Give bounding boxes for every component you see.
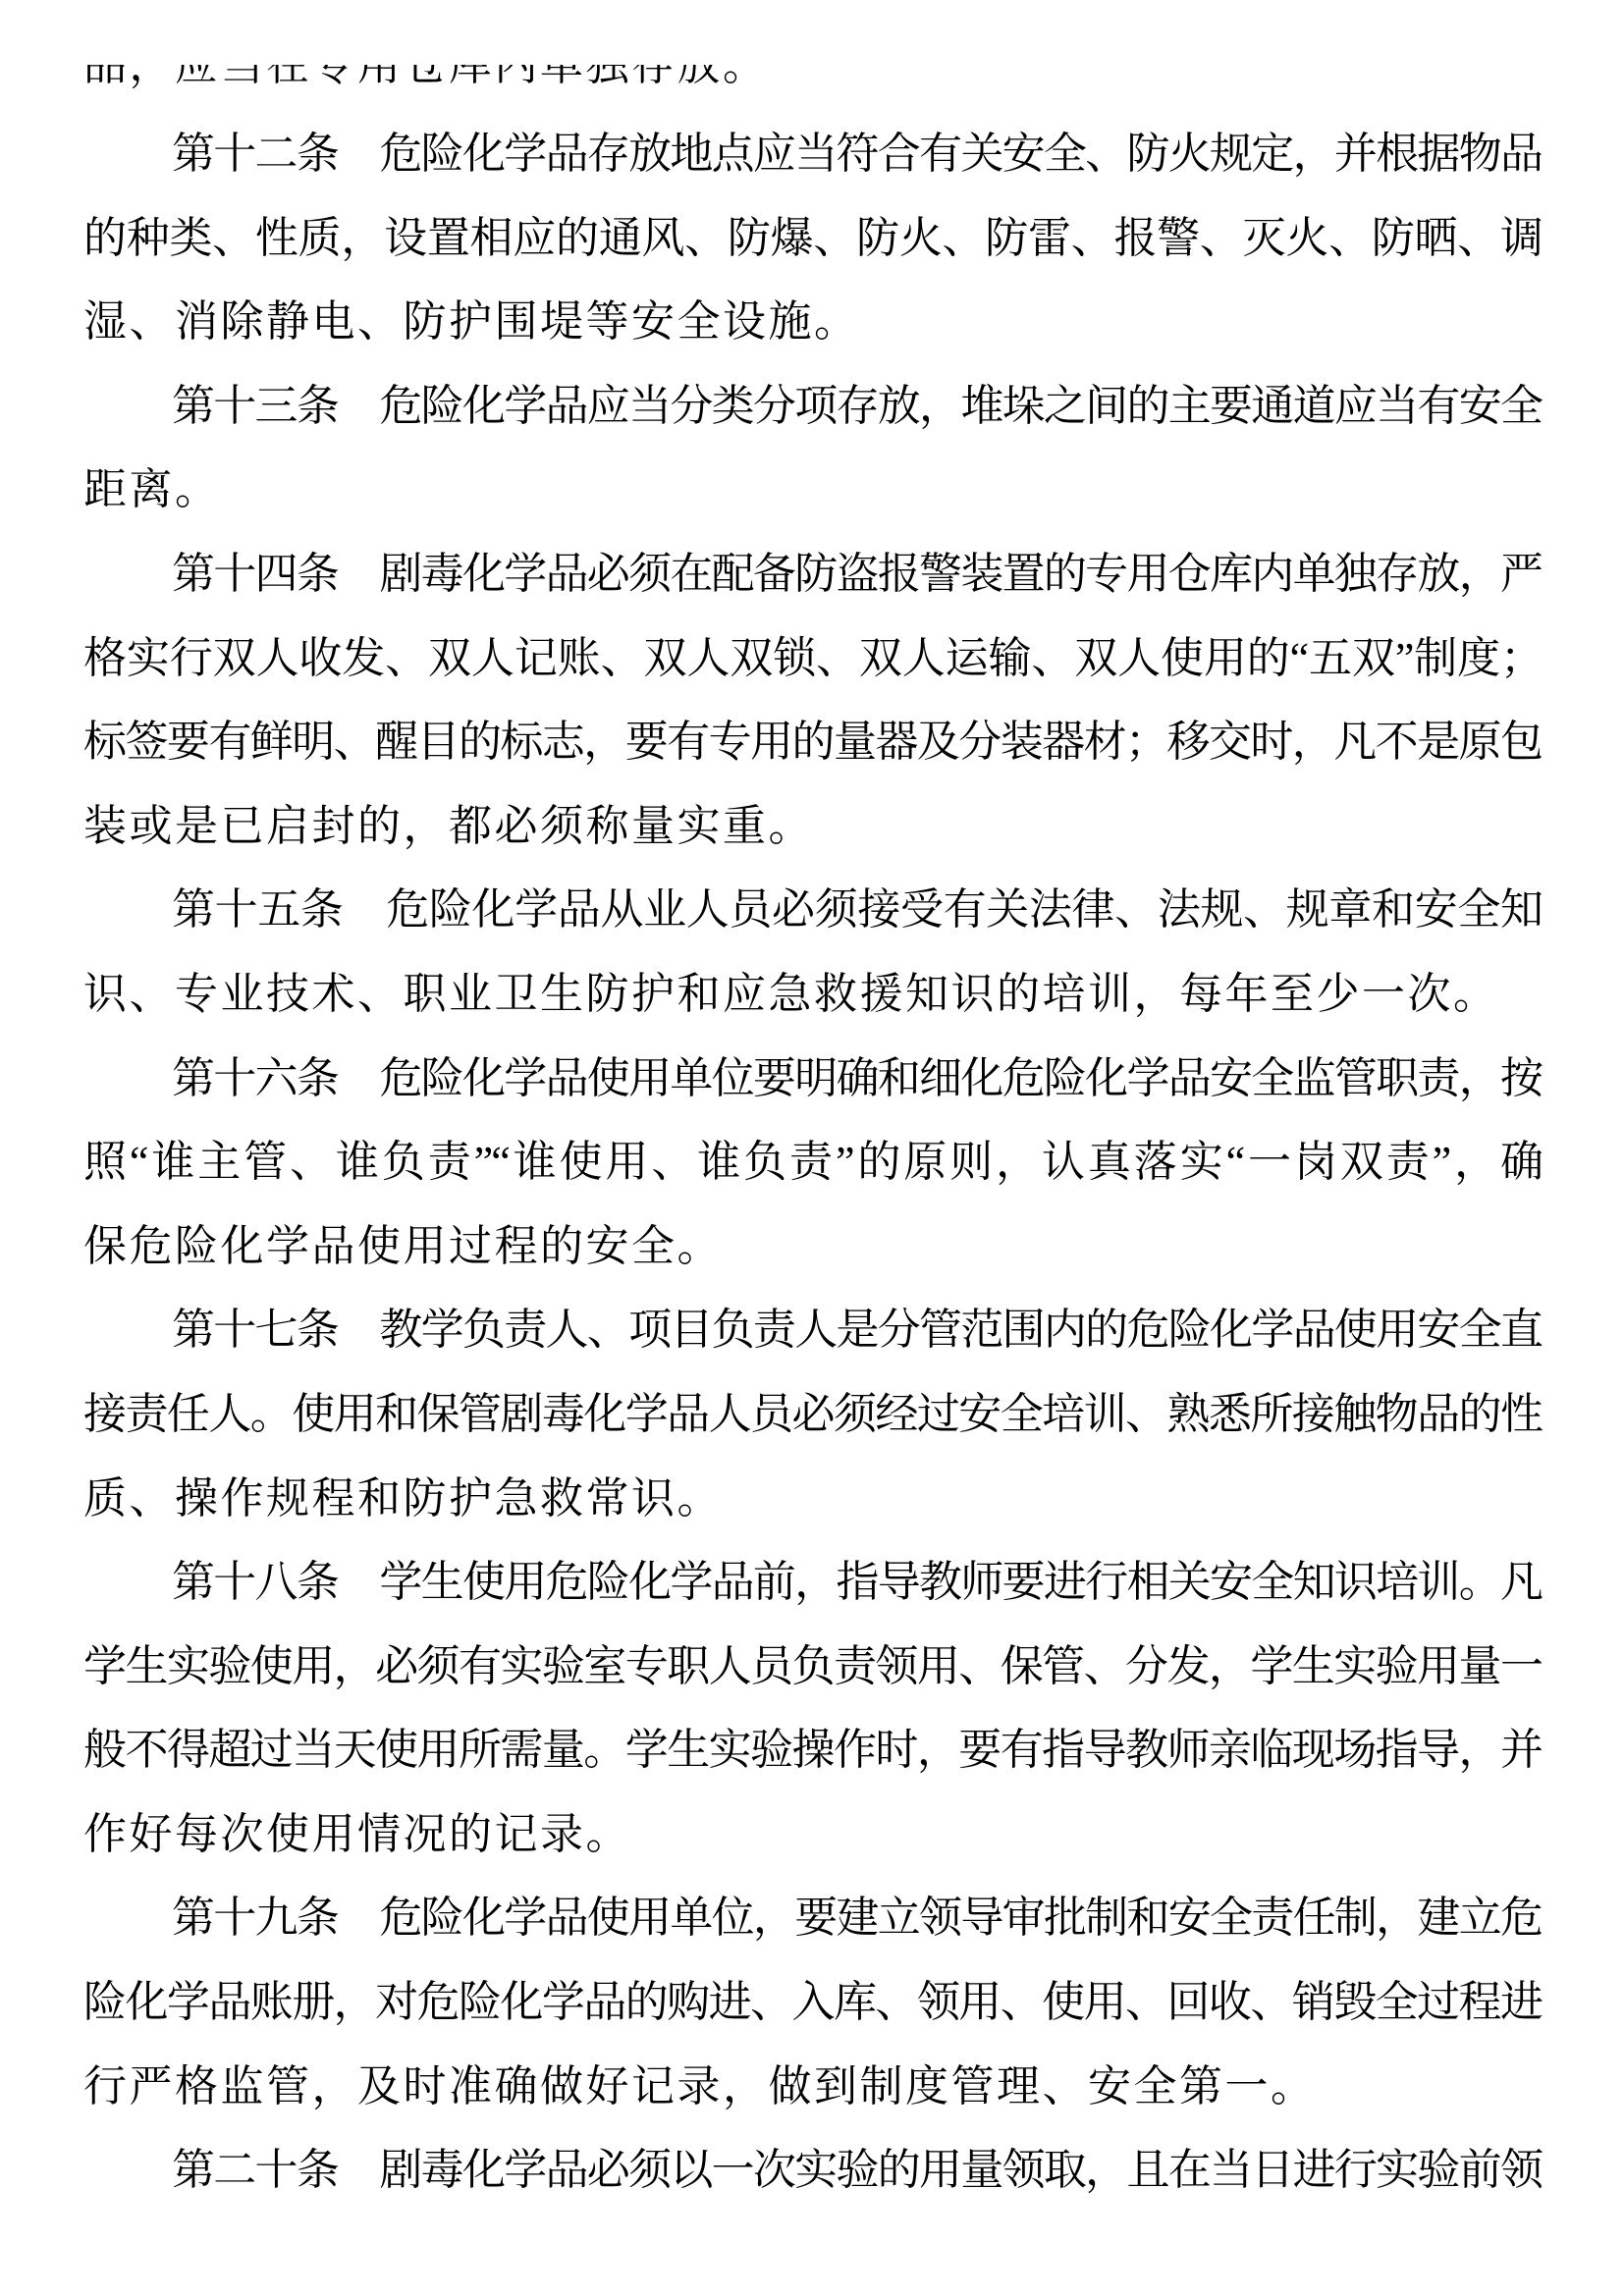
text-line: 学生实验使用，必须有实验室专职人员负责领用、保管、分发，学生实验用量一 [83,1625,1542,1709]
text-line-article-17: 第十七条 教学负责人、项目负责人是分管范围内的危险化学品使用安全直 [83,1288,1542,1372]
text-line: 险化学品账册，对危险化学品的购进、入库、领用、使用、回收、销毁全过程进 [83,1960,1542,2045]
text-line-article-20: 第二十条 剧毒化学品必须以一次实验的用量领取，且在当日进行实验前领 [83,2128,1542,2213]
text-line: 格实行双人收发、双人记账、双人双锁、双人运输、双人使用的“五双”制度； [83,616,1542,701]
text-line: 湿、消除静电、防护围堤等安全设施。 [83,280,1542,364]
body-text: 第十二条 危险化学品存放地点应当符合有关安全、防火规定，并根据物品 的种类、性质… [83,112,1542,2213]
text-line-article-19: 第十九条 危险化学品使用单位，要建立领导审批制和安全责任制，建立危 [83,1876,1542,1960]
text-line-article-15: 第十五条 危险化学品从业人员必须接受有关法律、法规、规章和安全知 [83,868,1542,952]
text-block: 品，应当在专用仓库内单独存放。 第十二条 危险化学品存放地点应当符合有关安全、防… [83,65,1542,2213]
text-line-article-14: 第十四条 剧毒化学品必须在配备防盗报警装置的专用仓库内单独存放，严 [83,532,1542,616]
text-line: 品，应当在专用仓库内单独存放。 [83,65,1542,94]
text-line-article-13: 第十三条 危险化学品应当分类分项存放，堆垛之间的主要通道应当有安全 [83,364,1542,449]
text-line-article-16: 第十六条 危险化学品使用单位要明确和细化危险化学品安全监管职责，按 [83,1037,1542,1121]
text-line: 般不得超过当天使用所需量。学生实验操作时，要有指导教师亲临现场指导，并 [83,1708,1542,1792]
document-page: 品，应当在专用仓库内单独存放。 第十二条 危险化学品存放地点应当符合有关安全、防… [0,0,1624,2296]
text-line: 装或是已启封的，都必须称量实重。 [83,784,1542,869]
text-line: 接责任人。使用和保管剧毒化学品人员必须经过安全培训、熟悉所接触物品的性 [83,1372,1542,1457]
clipped-top-line-wrapper: 品，应当在专用仓库内单独存放。 [83,65,1542,94]
text-line-article-12: 第十二条 危险化学品存放地点应当符合有关安全、防火规定，并根据物品 [83,112,1542,196]
text-line-article-18: 第十八条 学生使用危险化学品前，指导教师要进行相关安全知识培训。凡 [83,1540,1542,1625]
text-line: 照“谁主管、谁负责”“谁使用、谁负责”的原则，认真落实“一岗双责”，确 [83,1120,1542,1204]
text-line: 标签要有鲜明、醒目的标志，要有专用的量器及分装器材；移交时，凡不是原包 [83,700,1542,784]
text-line: 保危险化学品使用过程的安全。 [83,1204,1542,1289]
text-line: 质、操作规程和防护急救常识。 [83,1457,1542,1541]
text-line: 行严格监管，及时准确做好记录，做到制度管理、安全第一。 [83,2045,1542,2129]
text-line: 的种类、性质，设置相应的通风、防爆、防火、防雷、报警、灭火、防晒、调 [83,196,1542,281]
text-line: 作好每次使用情况的记录。 [83,1792,1542,1877]
text-line: 距离。 [83,448,1542,532]
text-line: 识、专业技术、职业卫生防护和应急救援知识的培训，每年至少一次。 [83,952,1542,1037]
